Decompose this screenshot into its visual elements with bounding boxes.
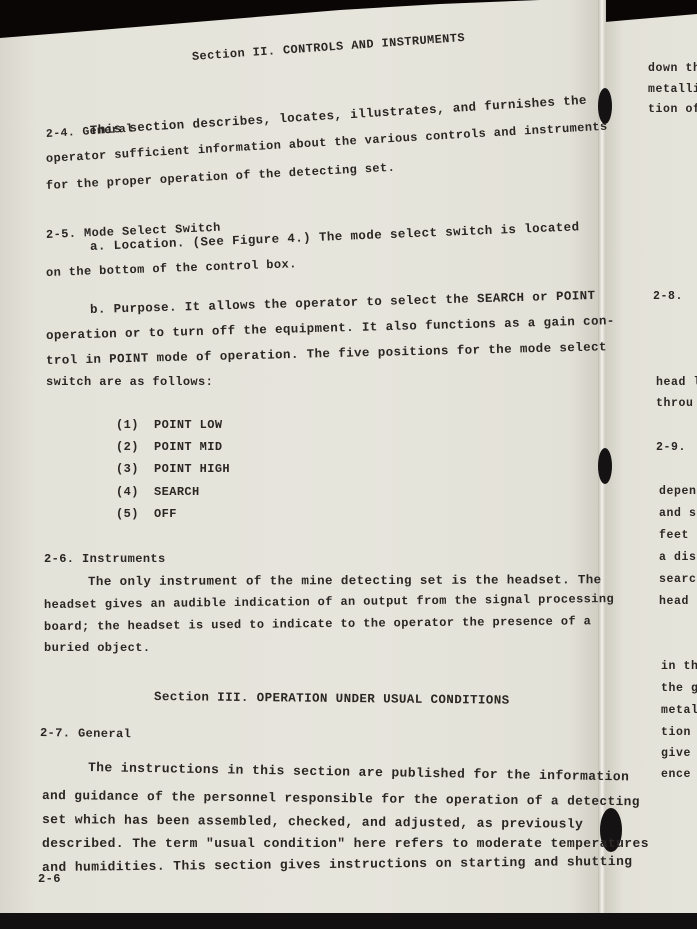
para-2-5-purpose-line: b. Purpose. It allows the operator to se…	[90, 289, 596, 317]
para-2-5-purpose-line: switch are as follows:	[46, 375, 213, 389]
para-2-5-purpose-line: trol in POINT mode of operation. The fiv…	[46, 340, 607, 368]
para-2-6-line: board; the headset is used to indicate t…	[44, 614, 591, 634]
right-page-fragment: throu	[656, 397, 694, 410]
para-2-7-line: and guidance of the personnel responsibl…	[42, 788, 640, 809]
para-2-7-line: and humidities. This section gives instr…	[42, 854, 633, 875]
para-2-7-heading: 2-7. General	[40, 726, 131, 741]
right-page-fragment: metal	[661, 704, 697, 717]
para-2-6-line: buried object.	[44, 641, 150, 655]
right-page-fragment: give	[661, 747, 691, 760]
right-page-fragment: searc	[659, 573, 697, 586]
mode-position-item: (3) POINT HIGH	[116, 462, 230, 476]
position-label: POINT HIGH	[154, 462, 230, 476]
para-2-7-line: The instructions in this section are pub…	[88, 760, 629, 784]
right-page-fragment: depen	[659, 485, 697, 498]
mode-position-item: (5) OFF	[116, 507, 177, 521]
right-page-fragment: head l	[656, 376, 697, 389]
para-2-6-line: The only instrument of the mine detectin…	[88, 573, 602, 589]
para-2-4-line: for the proper operation of the detectin…	[46, 161, 396, 193]
left-page-text: Section II. CONTROLS AND INSTRUMENTS 2-4…	[0, 0, 600, 929]
binder-hole-middle	[598, 448, 612, 484]
right-page-fragment: tion	[661, 726, 691, 739]
section-iii-title: Section III. OPERATION UNDER USUAL CONDI…	[154, 690, 510, 708]
right-page-fragment: a dis	[659, 551, 697, 564]
para-2-5-purpose-line: operation or to turn off the equipment. …	[46, 314, 615, 343]
position-label: POINT LOW	[154, 418, 222, 432]
mode-position-item: (2) POINT MID	[116, 440, 222, 454]
right-page-fragment: the g	[661, 682, 697, 695]
para-2-6-heading: 2-6. Instruments	[44, 552, 166, 566]
para-2-7-line: described. The term "usual condition" he…	[42, 836, 649, 851]
mode-position-item: (4) SEARCH	[116, 485, 200, 499]
right-page-fragment: in th	[661, 660, 697, 673]
right-page-fragment: tion of	[648, 103, 697, 116]
position-number: (2)	[116, 440, 139, 454]
right-page	[605, 0, 697, 929]
position-number: (1)	[116, 418, 139, 432]
page-number: 2-6	[38, 872, 61, 886]
right-page-fragment: feet	[659, 529, 689, 542]
mode-position-item: (1) POINT LOW	[116, 418, 222, 432]
right-page-fragment: metalli	[648, 83, 697, 96]
position-number: (4)	[116, 485, 139, 499]
right-page-fragment: down th	[648, 62, 697, 75]
position-number: (5)	[116, 507, 139, 521]
right-page-fragment: and s	[659, 507, 697, 520]
position-label: SEARCH	[154, 485, 200, 499]
para-2-7-line: set which has been assembled, checked, a…	[42, 812, 583, 832]
right-page-fragment: 2-9.	[656, 441, 686, 454]
para-2-6-line: headset gives an audible indication of a…	[44, 592, 614, 612]
right-page-fragment: 2-8.	[653, 290, 683, 303]
position-label: OFF	[154, 507, 177, 521]
binder-hole-top	[598, 88, 612, 124]
position-label: POINT MID	[154, 440, 222, 454]
right-page-fragment: ence	[661, 768, 691, 781]
para-2-5-location-line: on the bottom of the control box.	[46, 257, 297, 280]
section-ii-title: Section II. CONTROLS AND INSTRUMENTS	[192, 31, 466, 64]
position-number: (3)	[116, 462, 139, 476]
right-page-fragment: head	[659, 595, 689, 608]
